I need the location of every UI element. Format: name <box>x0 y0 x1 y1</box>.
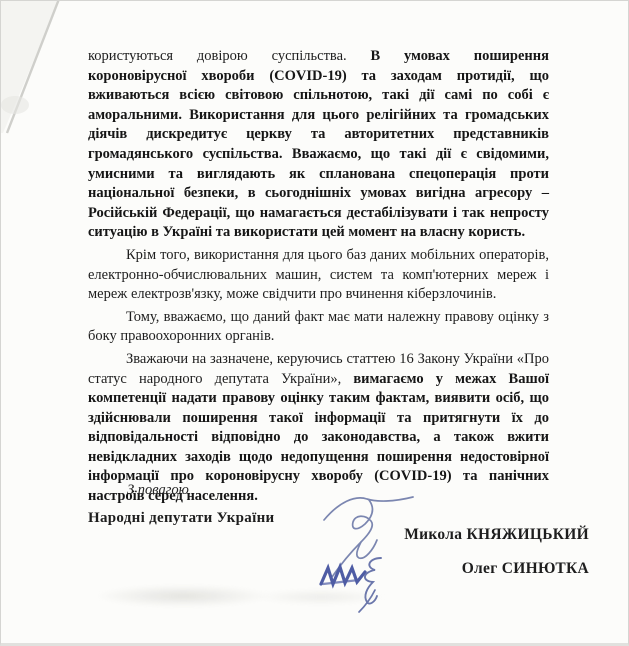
signatory-names: Микола КНЯЖИЦЬКИЙ Олег СИНЮТКА <box>404 526 589 594</box>
scan-smudge <box>96 585 271 607</box>
signatory-name-knyazhytskyi: Микола КНЯЖИЦЬКИЙ <box>404 526 589 544</box>
closing-salutation: З повагою <box>127 482 189 499</box>
scanned-letter-page: користуються довірою суспільства. В умов… <box>0 0 629 646</box>
paragraph: Крім того, використання для цього баз да… <box>88 246 549 305</box>
paragraph: користуються довірою суспільства. В умов… <box>88 47 549 243</box>
signatory-name-syniutka: Олег СИНЮТКА <box>404 560 589 578</box>
scan-smudge <box>256 589 386 605</box>
letter-body: користуються довірою суспільства. В умов… <box>88 47 549 510</box>
paragraph: Тому, вважаємо, що даний факт має мати н… <box>88 308 549 347</box>
signatory-title: Народні депутати України <box>88 510 274 527</box>
